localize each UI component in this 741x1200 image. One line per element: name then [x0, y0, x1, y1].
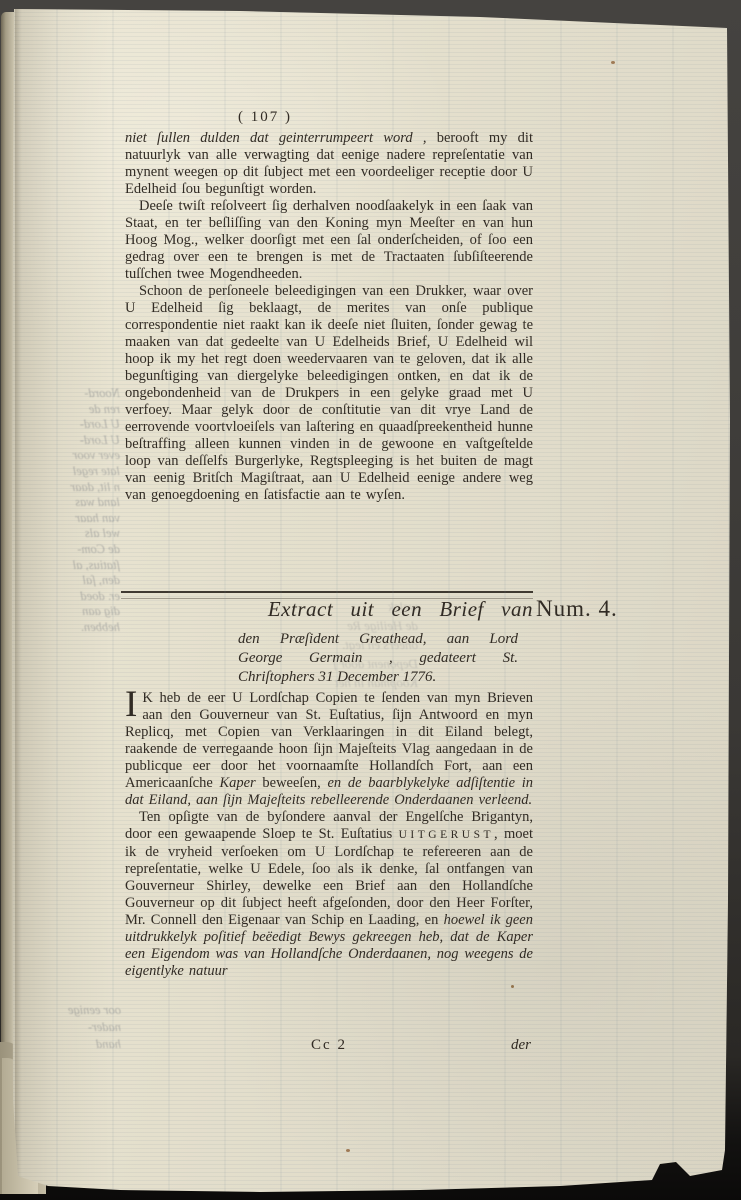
- extract-subheading: den Præſident Greathead, aan Lord George…: [238, 630, 518, 687]
- extract-heading: Extract uit een Brief van: [125, 597, 533, 622]
- paragraph: IK heb de eer U Lordſchap Copien te ſend…: [125, 690, 533, 809]
- italic-text: Kaper: [219, 775, 255, 791]
- bleedthrough-fragment: late regel: [40, 464, 120, 480]
- bleedthrough-fragment: oor eenige: [45, 1002, 121, 1019]
- signature-mark: Cc 2: [125, 1037, 533, 1054]
- bleedthrough-fragment: den, ſal: [40, 573, 120, 589]
- bleedthrough-fragment: hand: [45, 1036, 121, 1053]
- bleedthrough-fragment: n lit, daar: [40, 480, 120, 496]
- paper-speck: [346, 1149, 350, 1152]
- paper-speck: [511, 985, 514, 988]
- paragraph: niet ſullen dulden dat geinterrumpeert w…: [125, 130, 533, 198]
- paragraph: Schoon de perſoneele beleedigingen van e…: [125, 283, 533, 504]
- bleedthrough-fragment: dig aan: [40, 604, 120, 620]
- bleedthrough-fragment: Noord-: [40, 386, 120, 402]
- subheading-line: George Germain , gedateert St.: [238, 649, 518, 668]
- paper-speck: [611, 61, 615, 64]
- drop-cap-initial: I: [125, 690, 137, 720]
- roman-text: beweeſen,: [256, 775, 328, 791]
- document-number-label: Num. 4.: [536, 596, 618, 622]
- paragraph: Ten opſigte van de byſondere aanval der …: [125, 809, 533, 980]
- bleedthrough-fragment: nader-: [45, 1019, 121, 1036]
- paragraph: Deeſe twiſt reſolveert ſig derhalven noo…: [125, 198, 533, 283]
- binding-crease: [15, 9, 22, 1181]
- bleedthrough-fragment: er. doed: [40, 589, 120, 605]
- subheading-line: den Præſident Greathead, aan Lord: [238, 630, 518, 649]
- italic-text: niet ſullen dulden dat geinterrumpeert w…: [125, 130, 437, 146]
- letter-body-part2: IK heb de eer U Lordſchap Copien te ſend…: [125, 690, 533, 980]
- bleedthrough-fragment: ſtatius, al: [40, 558, 120, 574]
- bleedthrough-fragment: wel als: [40, 526, 120, 542]
- bleedthrough-fragment: U Lord-: [40, 417, 120, 433]
- catchword: der: [511, 1037, 531, 1054]
- bleedthrough-fragment: ever voor: [40, 448, 120, 464]
- bleedthrough-fragment: U Lord-: [40, 433, 120, 449]
- bleedthrough-fragment: de Com-: [40, 542, 120, 558]
- bleedthrough-text-lower: oor eenigenader-hand: [45, 1002, 121, 1053]
- page-number: ( 107 ): [238, 109, 292, 126]
- roman-text: Schoon de perſoneele beleedigingen van e…: [125, 283, 533, 503]
- bleedthrough-fragment: land was: [40, 495, 120, 511]
- page-footer: Cc 2 der: [125, 1037, 533, 1055]
- smallcaps-text: uitgerust: [399, 829, 494, 841]
- subheading-line: Chriſtophers 31 December 1776.: [238, 668, 518, 687]
- bleedthrough-fragment: ren de: [40, 402, 120, 418]
- letter-body-part1: niet ſullen dulden dat geinterrumpeert w…: [125, 130, 533, 504]
- book-page: Noord-ren deU Lord-U Lord-ever voorlate …: [0, 0, 741, 1200]
- scan-background: Noord-ren deU Lord-U Lord-ever voorlate …: [0, 0, 741, 1200]
- bleedthrough-text-left: Noord-ren deU Lord-U Lord-ever voorlate …: [40, 386, 120, 636]
- roman-text: Deeſe twiſt reſolveert ſig derhalven noo…: [125, 198, 533, 282]
- bleedthrough-fragment: van haar: [40, 511, 120, 527]
- bleedthrough-fragment: hebben.: [40, 620, 120, 636]
